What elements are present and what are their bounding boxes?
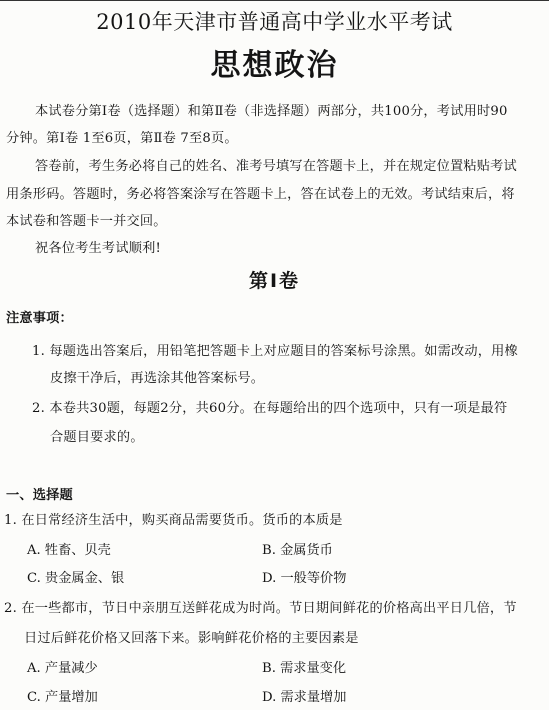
notes-heading: 注意事项：: [6, 307, 73, 326]
note-1-line-1: 1. 每题选出答案后，用铅笔把答题卡上对应题目的答案标号涂黑。如需改动，用橡: [32, 340, 518, 359]
intro-paragraph-2-line-1: 答卷前，考生务必将自己的姓名、准考号填写在答题卡上，并在规定位置粘贴考试: [35, 155, 517, 174]
question-1-option-a: A. 牲畜、贝壳: [27, 539, 111, 558]
intro-paragraph-1-line-1: 本试卷分第Ⅰ卷（选择题）和第Ⅱ卷（非选择题）两部分，共100分，考试用时90: [35, 100, 508, 119]
question-2-option-b: B. 需求量变化: [262, 657, 346, 676]
question-1-stem: 1. 在日常经济生活中，购买商品需要货币。货币的本质是: [4, 509, 343, 528]
intro-paragraph-2-line-2: 用条形码。答题时，务必将答案涂写在答题卡上，答在试卷上的无效。考试结束后，将: [6, 183, 515, 202]
volume-title: 第Ⅰ卷: [0, 266, 549, 293]
question-1-option-c: C. 贵金属金、银: [27, 567, 124, 586]
note-2-line-1: 2. 本卷共30题，每题2分，共60分。在每题给出的四个选项中，只有一项是最符: [32, 397, 507, 416]
note-2-line-2: 合题目要求的。: [50, 426, 144, 445]
question-1-option-d: D. 一般等价物: [262, 567, 346, 586]
intro-wish: 祝各位考生考试顺利!: [35, 237, 161, 256]
question-2-option-a: A. 产量减少: [27, 657, 98, 676]
exam-title: 2010年天津市普通高中学业水平考试: [0, 6, 549, 36]
note-1-line-2: 皮擦干净后，再选涂其他答案标号。: [50, 367, 264, 386]
question-1-option-b: B. 金属货币: [262, 539, 333, 558]
section-heading: 一、选择题: [6, 484, 73, 503]
question-2-stem-line-1: 2. 在一些都市，节日中亲朋互送鲜花成为时尚。节日期间鲜花的价格高出平日几倍，节: [4, 597, 517, 616]
question-2-stem-line-2: 日过后鲜花价格又回落下来。影响鲜花价格的主要因素是: [24, 627, 359, 646]
question-2-option-c: C. 产量增加: [27, 686, 98, 705]
intro-paragraph-1-line-2: 分钟。第Ⅰ卷 1至6页，第Ⅱ卷 7至8页。: [6, 127, 238, 146]
subject-title: 思想政治: [0, 40, 549, 84]
intro-paragraph-2-line-3: 本试卷和答题卡一并交回。: [6, 210, 167, 229]
page-top-border: [0, 0, 549, 1]
question-2-option-d: D. 需求量增加: [262, 686, 346, 705]
